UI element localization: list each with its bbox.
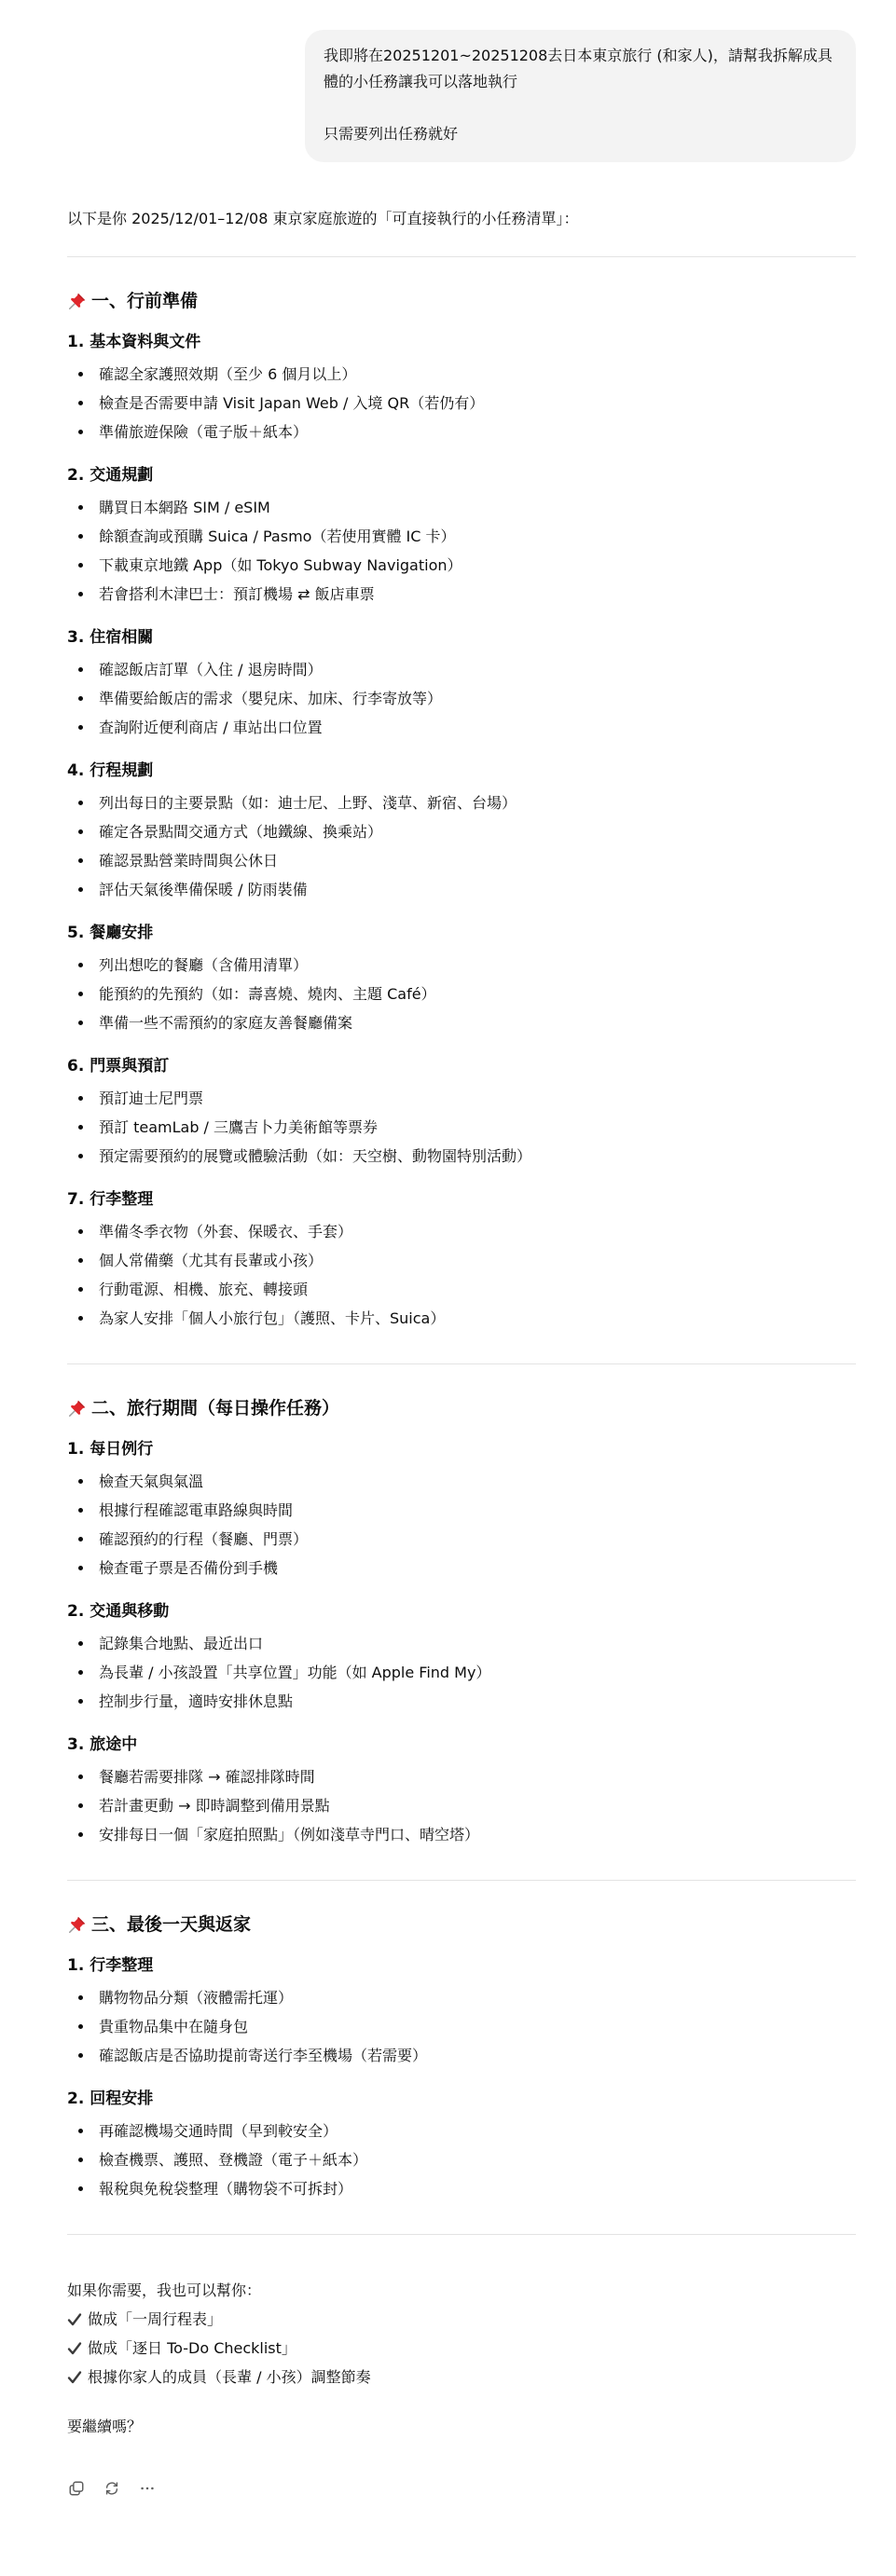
copy-icon <box>68 2480 85 2497</box>
task-item: 購物物品分類（液體需托運） <box>67 1983 856 2012</box>
task-section: 一、行前準備1. 基本資料與文件確認全家護照效期（至少 6 個月以上）檢查是否需… <box>67 287 856 1333</box>
task-text: 為家人安排「個人小旅行包」（護照、卡片、Suica） <box>99 1309 445 1327</box>
assistant-intro: 以下是你 2025/12/01–12/08 東京家庭旅遊的「可直接執行的小任務清… <box>67 206 856 232</box>
task-group: 4. 行程規劃列出每日的主要景點（如：迪士尼、上野、淺草、新宿、台場）確定各景點… <box>67 757 856 904</box>
bullet-icon <box>78 992 83 996</box>
bullet-icon <box>78 1316 83 1321</box>
task-group-title: 2. 交通與移動 <box>67 1597 856 1625</box>
task-text: 記錄集合地點、最近出口 <box>99 1635 263 1652</box>
pushpin-icon <box>67 291 88 311</box>
task-text: 檢查是否需要申請 Visit Japan Web / 入境 QR（若仍有） <box>99 394 484 412</box>
bullet-icon <box>78 1229 83 1234</box>
task-text: 餘額查詢或預購 Suica / Pasmo（若使用實體 IC 卡） <box>99 528 456 545</box>
task-item: 預定需要預約的展覽或體驗活動（如：天空樹、動物園特別活動） <box>67 1142 856 1171</box>
task-list: 準備冬季衣物（外套、保暖衣、手套）個人常備藥（尤其有長輩或小孩）行動電源、相機、… <box>67 1217 856 1333</box>
task-item: 確認飯店是否協助提前寄送行李至機場（若需要） <box>67 2041 856 2070</box>
task-text: 檢查機票、護照、登機證（電子＋紙本） <box>99 2151 367 2169</box>
task-item: 檢查機票、護照、登機證（電子＋紙本） <box>67 2145 856 2174</box>
task-text: 購物物品分類（液體需托運） <box>99 1989 293 2007</box>
task-text: 準備要給飯店的需求（嬰兒床、加床、行李寄放等） <box>99 690 442 707</box>
bullet-icon <box>78 1832 83 1837</box>
task-item: 列出每日的主要景點（如：迪士尼、上野、淺草、新宿、台場） <box>67 788 856 817</box>
section-title: 二、旅行期間（每日操作任務） <box>67 1394 856 1422</box>
task-text: 下載東京地鐵 App（如 Tokyo Subway Navigation） <box>99 556 462 574</box>
divider <box>67 1880 856 1881</box>
task-group-title: 3. 旅途中 <box>67 1731 856 1759</box>
bullet-icon <box>78 801 83 805</box>
divider <box>67 2234 856 2235</box>
bullet-icon <box>78 1508 83 1513</box>
pushpin-icon <box>67 1398 88 1418</box>
checkmark-icon <box>67 2370 82 2385</box>
task-text: 預定需要預約的展覽或體驗活動（如：天空樹、動物園特別活動） <box>99 1147 531 1165</box>
message-actions <box>67 2477 856 2500</box>
task-list: 列出想吃的餐廳（含備用清單）能預約的先預約（如：壽喜燒、燒肉、主題 Café）準… <box>67 951 856 1037</box>
task-text: 預訂 teamLab / 三鷹吉卜力美術館等票券 <box>99 1118 378 1136</box>
task-text: 確定各景點間交通方式（地鐵線、換乘站） <box>99 823 382 841</box>
task-item: 準備冬季衣物（外套、保暖衣、手套） <box>67 1217 856 1246</box>
task-group: 2. 交通與移動記錄集合地點、最近出口為長輩 / 小孩設置「共享位置」功能（如 … <box>67 1597 856 1716</box>
task-group: 5. 餐廳安排列出想吃的餐廳（含備用清單）能預約的先預約（如：壽喜燒、燒肉、主題… <box>67 919 856 1037</box>
offer-text: 做成「逐日 To-Do Checklist」 <box>88 2334 296 2363</box>
task-text: 為長輩 / 小孩設置「共享位置」功能（如 Apple Find My） <box>99 1664 490 1681</box>
bullet-icon <box>78 401 83 405</box>
chat-thread: 我即將在20251201~20251208去日本東京旅行 (和家人)，請幫我拆解… <box>0 0 896 2500</box>
task-item: 能預約的先預約（如：壽喜燒、燒肉、主題 Café） <box>67 980 856 1008</box>
section-title-text: 三、最後一天與返家 <box>91 1911 251 1939</box>
task-item: 預訂迪士尼門票 <box>67 1084 856 1113</box>
more-icon <box>139 2480 156 2497</box>
task-group: 2. 回程安排再確認機場交通時間（早到較安全）檢查機票、護照、登機證（電子＋紙本… <box>67 2085 856 2203</box>
closing-block: 如果你需要，我也可以幫你： 做成「一周行程表」做成「逐日 To-Do Check… <box>67 2276 856 2391</box>
task-item: 貴重物品集中在隨身包 <box>67 2012 856 2041</box>
pushpin-icon <box>67 1914 88 1935</box>
task-item: 查詢附近便利商店 / 車站出口位置 <box>67 713 856 742</box>
task-section: 三、最後一天與返家1. 行李整理購物物品分類（液體需托運）貴重物品集中在隨身包確… <box>67 1911 856 2203</box>
task-item: 再確認機場交通時間（早到較安全） <box>67 2117 856 2145</box>
offer-list: 做成「一周行程表」做成「逐日 To-Do Checklist」根據你家人的成員（… <box>67 2305 856 2391</box>
task-text: 評估天氣後準備保暖 / 防雨裝備 <box>99 881 308 898</box>
bullet-icon <box>78 372 83 377</box>
bullet-icon <box>78 1096 83 1101</box>
task-item: 若會搭利木津巴士：預訂機場 ⇄ 飯店車票 <box>67 580 856 609</box>
task-group: 1. 行李整理購物物品分類（液體需托運）貴重物品集中在隨身包確認飯店是否協助提前… <box>67 1952 856 2070</box>
task-item: 確認全家護照效期（至少 6 個月以上） <box>67 360 856 389</box>
task-group-title: 7. 行李整理 <box>67 1185 856 1213</box>
bullet-icon <box>78 505 83 510</box>
task-item: 檢查電子票是否備份到手機 <box>67 1554 856 1583</box>
task-list: 確認全家護照效期（至少 6 個月以上）檢查是否需要申請 Visit Japan … <box>67 360 856 446</box>
task-text: 若會搭利木津巴士：預訂機場 ⇄ 飯店車票 <box>99 585 375 603</box>
bullet-icon <box>78 1995 83 2000</box>
assistant-message: 以下是你 2025/12/01–12/08 東京家庭旅遊的「可直接執行的小任務清… <box>0 206 896 2500</box>
bullet-icon <box>78 1699 83 1704</box>
bullet-icon <box>78 1803 83 1808</box>
task-group-title: 2. 回程安排 <box>67 2085 856 2113</box>
task-text: 貴重物品集中在隨身包 <box>99 2018 248 2035</box>
task-group-title: 2. 交通規劃 <box>67 461 856 489</box>
task-group: 3. 旅途中餐廳若需要排隊 → 確認排隊時間若計畫更動 → 即時調整到備用景點安… <box>67 1731 856 1849</box>
bullet-icon <box>78 1566 83 1570</box>
task-item: 確認預約的行程（餐廳、門票） <box>67 1525 856 1554</box>
task-text: 個人常備藥（尤其有長輩或小孩） <box>99 1252 323 1269</box>
offer-item: 做成「一周行程表」 <box>67 2305 856 2334</box>
task-group-title: 3. 住宿相關 <box>67 623 856 651</box>
task-list: 再確認機場交通時間（早到較安全）檢查機票、護照、登機證（電子＋紙本）報稅與免稅袋… <box>67 2117 856 2203</box>
bullet-icon <box>78 1479 83 1484</box>
task-text: 餐廳若需要排隊 → 確認排隊時間 <box>99 1768 315 1786</box>
task-item: 評估天氣後準備保暖 / 防雨裝備 <box>67 875 856 904</box>
task-text: 確認預約的行程（餐廳、門票） <box>99 1530 308 1548</box>
task-list: 購物物品分類（液體需托運）貴重物品集中在隨身包確認飯店是否協助提前寄送行李至機場… <box>67 1983 856 2070</box>
offer-item: 做成「逐日 To-Do Checklist」 <box>67 2334 856 2363</box>
task-item: 安排每日一個「家庭拍照點」（例如淺草寺門口、晴空塔） <box>67 1820 856 1849</box>
task-text: 確認飯店訂單（入住 / 退房時間） <box>99 661 323 678</box>
task-item: 個人常備藥（尤其有長輩或小孩） <box>67 1246 856 1275</box>
divider <box>67 256 856 257</box>
bullet-icon <box>78 1774 83 1779</box>
offer-text: 做成「一周行程表」 <box>88 2305 222 2334</box>
task-item: 準備要給飯店的需求（嬰兒床、加床、行李寄放等） <box>67 684 856 713</box>
task-text: 安排每日一個「家庭拍照點」（例如淺草寺門口、晴空塔） <box>99 1826 479 1843</box>
task-item: 確定各景點間交通方式（地鐵線、換乘站） <box>67 817 856 846</box>
task-text: 購買日本網路 SIM / eSIM <box>99 499 270 516</box>
checkmark-icon <box>67 2312 82 2327</box>
task-text: 預訂迪士尼門票 <box>99 1089 203 1107</box>
bullet-icon <box>78 1258 83 1263</box>
more-button[interactable] <box>138 2479 157 2498</box>
bullet-icon <box>78 2024 83 2029</box>
refresh-icon <box>103 2480 120 2497</box>
bullet-icon <box>78 1670 83 1675</box>
bullet-icon <box>78 1287 83 1292</box>
task-text: 確認飯店是否協助提前寄送行李至機場（若需要） <box>99 2047 427 2064</box>
task-text: 準備旅遊保險（電子版＋紙本） <box>99 423 308 441</box>
task-list: 檢查天氣與氣溫根據行程確認電車路線與時間確認預約的行程（餐廳、門票）檢查電子票是… <box>67 1467 856 1583</box>
task-group: 6. 門票與預訂預訂迪士尼門票預訂 teamLab / 三鷹吉卜力美術館等票券預… <box>67 1052 856 1171</box>
task-item: 為長輩 / 小孩設置「共享位置」功能（如 Apple Find My） <box>67 1658 856 1687</box>
bullet-icon <box>78 563 83 568</box>
task-item: 確認飯店訂單（入住 / 退房時間） <box>67 655 856 684</box>
bullet-icon <box>78 534 83 539</box>
task-group: 1. 每日例行檢查天氣與氣溫根據行程確認電車路線與時間確認預約的行程（餐廳、門票… <box>67 1435 856 1583</box>
task-group-title: 1. 每日例行 <box>67 1435 856 1463</box>
bullet-icon <box>78 1125 83 1130</box>
offer-text: 根據你家人的成員（長輩 / 小孩）調整節奏 <box>88 2363 371 2391</box>
regenerate-button[interactable] <box>103 2479 121 2498</box>
bullet-icon <box>78 1641 83 1646</box>
task-group-title: 6. 門票與預訂 <box>67 1052 856 1080</box>
section-title: 一、行前準備 <box>67 287 856 315</box>
task-item: 若計畫更動 → 即時調整到備用景點 <box>67 1791 856 1820</box>
task-text: 再確認機場交通時間（早到較安全） <box>99 2122 338 2140</box>
task-item: 餐廳若需要排隊 → 確認排隊時間 <box>67 1762 856 1791</box>
bullet-icon <box>78 1537 83 1541</box>
task-item: 購買日本網路 SIM / eSIM <box>67 493 856 522</box>
bullet-icon <box>78 2129 83 2133</box>
task-group-title: 4. 行程規劃 <box>67 757 856 785</box>
bullet-icon <box>78 667 83 672</box>
task-item: 列出想吃的餐廳（含備用清單） <box>67 951 856 980</box>
section-title-text: 二、旅行期間（每日操作任務） <box>91 1394 339 1422</box>
copy-button[interactable] <box>67 2479 86 2498</box>
task-sections: 一、行前準備1. 基本資料與文件確認全家護照效期（至少 6 個月以上）檢查是否需… <box>67 287 856 2235</box>
task-item: 報稅與免稅袋整理（購物袋不可拆封） <box>67 2174 856 2203</box>
task-group-title: 5. 餐廳安排 <box>67 919 856 947</box>
bullet-icon <box>78 858 83 863</box>
task-text: 控制步行量，適時安排休息點 <box>99 1692 293 1710</box>
task-text: 根據行程確認電車路線與時間 <box>99 1501 293 1519</box>
task-text: 能預約的先預約（如：壽喜燒、燒肉、主題 Café） <box>99 985 436 1003</box>
bullet-icon <box>78 887 83 892</box>
task-text: 行動電源、相機、旅充、轉接頭 <box>99 1281 308 1298</box>
task-item: 為家人安排「個人小旅行包」（護照、卡片、Suica） <box>67 1304 856 1333</box>
task-text: 檢查電子票是否備份到手機 <box>99 1559 278 1577</box>
task-list: 購買日本網路 SIM / eSIM餘額查詢或預購 Suica / Pasmo（若… <box>67 493 856 609</box>
task-text: 準備冬季衣物（外套、保暖衣、手套） <box>99 1223 352 1240</box>
follow-up-question: 要繼續嗎？ <box>67 2414 856 2440</box>
task-text: 列出想吃的餐廳（含備用清單） <box>99 956 308 974</box>
task-list: 餐廳若需要排隊 → 確認排隊時間若計畫更動 → 即時調整到備用景點安排每日一個「… <box>67 1762 856 1849</box>
task-group-title: 1. 行李整理 <box>67 1952 856 1980</box>
bullet-icon <box>78 725 83 730</box>
bullet-icon <box>78 2158 83 2162</box>
user-message-row: 我即將在20251201~20251208去日本東京旅行 (和家人)，請幫我拆解… <box>0 0 896 162</box>
bullet-icon <box>78 2053 83 2058</box>
task-group-title: 1. 基本資料與文件 <box>67 328 856 356</box>
bullet-icon <box>78 1154 83 1158</box>
task-item: 控制步行量，適時安排休息點 <box>67 1687 856 1716</box>
bullet-icon <box>78 2186 83 2191</box>
task-item: 根據行程確認電車路線與時間 <box>67 1496 856 1525</box>
checkmark-icon <box>67 2341 82 2356</box>
task-group: 1. 基本資料與文件確認全家護照效期（至少 6 個月以上）檢查是否需要申請 Vi… <box>67 328 856 446</box>
task-list: 記錄集合地點、最近出口為長輩 / 小孩設置「共享位置」功能（如 Apple Fi… <box>67 1629 856 1716</box>
task-item: 下載東京地鐵 App（如 Tokyo Subway Navigation） <box>67 551 856 580</box>
task-list: 確認飯店訂單（入住 / 退房時間）準備要給飯店的需求（嬰兒床、加床、行李寄放等）… <box>67 655 856 742</box>
section-title-text: 一、行前準備 <box>91 287 198 315</box>
task-group: 3. 住宿相關確認飯店訂單（入住 / 退房時間）準備要給飯店的需求（嬰兒床、加床… <box>67 623 856 742</box>
bullet-icon <box>78 1021 83 1025</box>
task-item: 檢查天氣與氣溫 <box>67 1467 856 1496</box>
task-item: 確認景點營業時間與公休日 <box>67 846 856 875</box>
offer-item: 根據你家人的成員（長輩 / 小孩）調整節奏 <box>67 2363 856 2391</box>
section-title: 三、最後一天與返家 <box>67 1911 856 1939</box>
task-item: 行動電源、相機、旅充、轉接頭 <box>67 1275 856 1304</box>
task-group: 7. 行李整理準備冬季衣物（外套、保暖衣、手套）個人常備藥（尤其有長輩或小孩）行… <box>67 1185 856 1333</box>
task-text: 準備一些不需預約的家庭友善餐廳備案 <box>99 1014 352 1032</box>
task-item: 準備一些不需預約的家庭友善餐廳備案 <box>67 1008 856 1037</box>
task-text: 查詢附近便利商店 / 車站出口位置 <box>99 719 323 736</box>
bullet-icon <box>78 963 83 967</box>
task-text: 確認全家護照效期（至少 6 個月以上） <box>99 365 356 383</box>
bullet-icon <box>78 430 83 434</box>
task-text: 若計畫更動 → 即時調整到備用景點 <box>99 1797 330 1815</box>
task-list: 預訂迪士尼門票預訂 teamLab / 三鷹吉卜力美術館等票券預定需要預約的展覽… <box>67 1084 856 1171</box>
task-list: 列出每日的主要景點（如：迪士尼、上野、淺草、新宿、台場）確定各景點間交通方式（地… <box>67 788 856 904</box>
task-item: 餘額查詢或預購 Suica / Pasmo（若使用實體 IC 卡） <box>67 522 856 551</box>
user-message-bubble: 我即將在20251201~20251208去日本東京旅行 (和家人)，請幫我拆解… <box>305 30 856 162</box>
bullet-icon <box>78 696 83 701</box>
task-text: 確認景點營業時間與公休日 <box>99 852 278 870</box>
task-item: 記錄集合地點、最近出口 <box>67 1629 856 1658</box>
task-item: 準備旅遊保險（電子版＋紙本） <box>67 418 856 446</box>
task-text: 報稅與免稅袋整理（購物袋不可拆封） <box>99 2180 352 2198</box>
closing-lead: 如果你需要，我也可以幫你： <box>67 2276 856 2305</box>
bullet-icon <box>78 829 83 834</box>
bullet-icon <box>78 592 83 596</box>
task-text: 檢查天氣與氣溫 <box>99 1473 203 1490</box>
divider <box>67 1363 856 1364</box>
task-section: 二、旅行期間（每日操作任務）1. 每日例行檢查天氣與氣溫根據行程確認電車路線與時… <box>67 1394 856 1849</box>
task-item: 檢查是否需要申請 Visit Japan Web / 入境 QR（若仍有） <box>67 389 856 418</box>
task-text: 列出每日的主要景點（如：迪士尼、上野、淺草、新宿、台場） <box>99 794 517 812</box>
task-group: 2. 交通規劃購買日本網路 SIM / eSIM餘額查詢或預購 Suica / … <box>67 461 856 609</box>
task-item: 預訂 teamLab / 三鷹吉卜力美術館等票券 <box>67 1113 856 1142</box>
